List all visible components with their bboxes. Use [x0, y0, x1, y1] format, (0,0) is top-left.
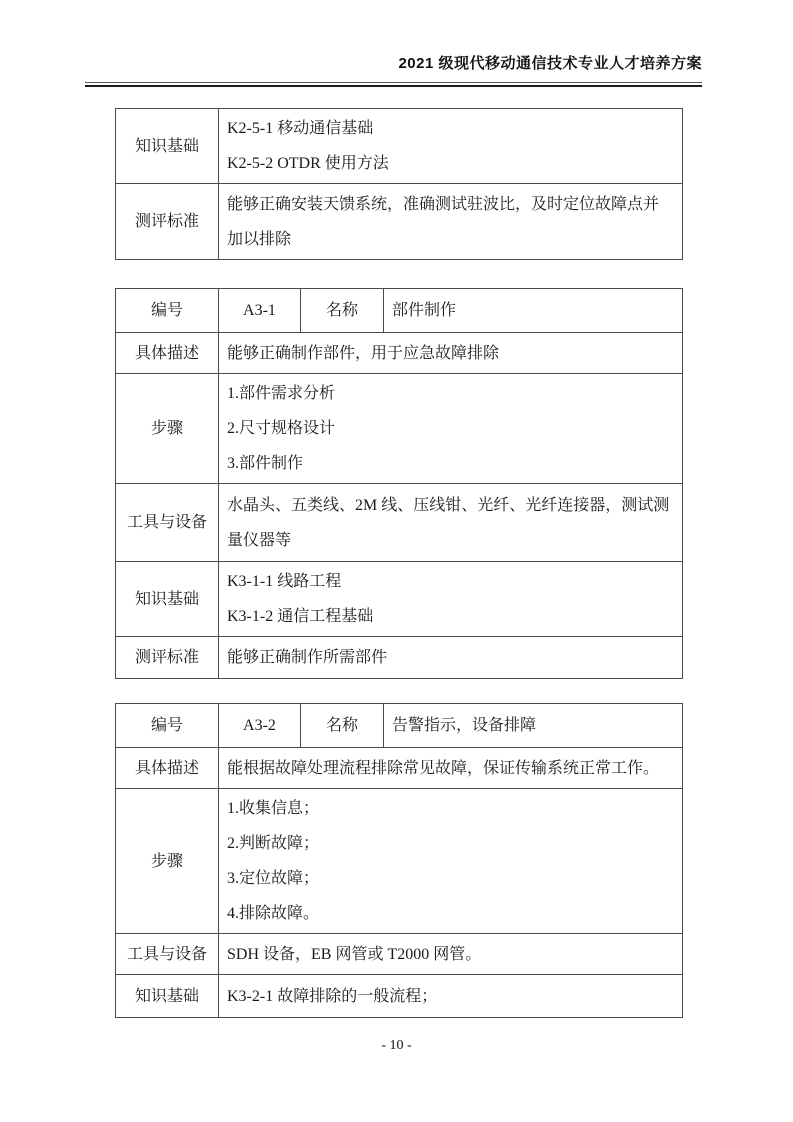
row-label-cell: 工具与设备 [116, 934, 219, 975]
row-label-cell: 知识基础 [116, 109, 219, 184]
table-row: 测评标准 能够正确安装天馈系统，准确测试驻波比，及时定位故障点并加以排除 [116, 184, 683, 260]
row-label-cell: 测评标准 [116, 637, 219, 679]
cell-line: 2.判断故障； [227, 826, 674, 861]
row-content-cell: K3-1-1 线路工程 K3-1-2 通信工程基础 [219, 562, 683, 637]
table-row: 具体描述 能根据故障处理流程排除常见故障，保证传输系统正常工作。 [116, 748, 683, 789]
cell-line: 1.收集信息； [227, 791, 674, 826]
row-content-cell: 能够正确制作所需部件 [219, 637, 683, 679]
page-number: - 10 - [0, 1038, 793, 1054]
cell-line: 1.部件需求分析 [227, 376, 674, 411]
table-row: 工具与设备 SDH 设备，EB 网管或 T2000 网管。 [116, 934, 683, 975]
table-row: 测评标准 能够正确制作所需部件 [116, 637, 683, 679]
table-row: 具体描述 能够正确制作部件，用于应急故障排除 [116, 333, 683, 374]
document-page: 2021 级现代移动通信技术专业人才培养方案 知识基础 K2-5-1 移动通信基… [0, 0, 793, 1122]
table-row: 编号 A3-2 名称 告警指示，设备排障 [116, 704, 683, 748]
table-row: 步骤 1.收集信息； 2.判断故障； 3.定位故障； 4.排除故障。 [116, 789, 683, 934]
cell-line: 4.排除故障。 [227, 896, 674, 931]
row-content-cell: 能根据故障处理流程排除常见故障，保证传输系统正常工作。 [219, 748, 683, 789]
table-row: 知识基础 K3-1-1 线路工程 K3-1-2 通信工程基础 [116, 562, 683, 637]
header-rule [85, 82, 702, 87]
row-content-cell: 能够正确制作部件，用于应急故障排除 [219, 333, 683, 374]
row-label-cell: 具体描述 [116, 333, 219, 374]
name-value-cell: 告警指示，设备排障 [384, 704, 683, 748]
table-row: 知识基础 K2-5-1 移动通信基础 K2-5-2 OTDR 使用方法 [116, 109, 683, 184]
table-row: 编号 A3-1 名称 部件制作 [116, 289, 683, 333]
cell-line: 能根据故障处理流程排除常见故障，保证传输系统正常工作。 [227, 751, 674, 786]
row-content-cell: K2-5-1 移动通信基础 K2-5-2 OTDR 使用方法 [219, 109, 683, 184]
cell-line: SDH 设备，EB 网管或 T2000 网管。 [227, 937, 674, 972]
table-row: 工具与设备 水晶头、五类线、2M 线、压线钳、光纤、光纤连接器，测试测量仪器等 [116, 484, 683, 562]
id-label-cell: 编号 [116, 704, 219, 748]
id-value-cell: A3-2 [219, 704, 301, 748]
name-label-cell: 名称 [301, 704, 384, 748]
cell-line: 2.尺寸规格设计 [227, 411, 674, 446]
cell-line: 3.定位故障； [227, 861, 674, 896]
name-value-cell: 部件制作 [384, 289, 683, 333]
row-content-cell: SDH 设备，EB 网管或 T2000 网管。 [219, 934, 683, 975]
row-label-cell: 步骤 [116, 789, 219, 934]
table-row: 知识基础 K3-2-1 故障排除的一般流程； [116, 975, 683, 1018]
cell-line: K2-5-2 OTDR 使用方法 [227, 146, 674, 181]
table-k2-5-continuation: 知识基础 K2-5-1 移动通信基础 K2-5-2 OTDR 使用方法 测评标准… [115, 108, 683, 260]
row-label-cell: 知识基础 [116, 562, 219, 637]
row-label-cell: 具体描述 [116, 748, 219, 789]
id-value-cell: A3-1 [219, 289, 301, 333]
cell-line: 水晶头、五类线、2M 线、压线钳、光纤、光纤连接器，测试测量仪器等 [227, 488, 674, 558]
cell-line: 能够正确制作部件，用于应急故障排除 [227, 336, 674, 371]
header-title: 2021 级现代移动通信技术专业人才培养方案 [398, 52, 702, 73]
cell-line: 3.部件制作 [227, 446, 674, 481]
table-a3-1: 编号 A3-1 名称 部件制作 具体描述 能够正确制作部件，用于应急故障排除 步… [115, 288, 683, 679]
row-content-cell: K3-2-1 故障排除的一般流程； [219, 975, 683, 1018]
cell-line: 能够正确安装天馈系统，准确测试驻波比，及时定位故障点并加以排除 [227, 187, 674, 257]
id-label-cell: 编号 [116, 289, 219, 333]
cell-line: K2-5-1 移动通信基础 [227, 111, 674, 146]
row-label-cell: 知识基础 [116, 975, 219, 1018]
row-label-cell: 步骤 [116, 374, 219, 484]
row-content-cell: 1.收集信息； 2.判断故障； 3.定位故障； 4.排除故障。 [219, 789, 683, 934]
cell-line: K3-1-2 通信工程基础 [227, 599, 674, 634]
row-label-cell: 测评标准 [116, 184, 219, 260]
cell-line: K3-2-1 故障排除的一般流程； [227, 979, 674, 1014]
row-content-cell: 能够正确安装天馈系统，准确测试驻波比，及时定位故障点并加以排除 [219, 184, 683, 260]
cell-line: K3-1-1 线路工程 [227, 564, 674, 599]
table-row: 步骤 1.部件需求分析 2.尺寸规格设计 3.部件制作 [116, 374, 683, 484]
row-content-cell: 1.部件需求分析 2.尺寸规格设计 3.部件制作 [219, 374, 683, 484]
table-a3-2: 编号 A3-2 名称 告警指示，设备排障 具体描述 能根据故障处理流程排除常见故… [115, 703, 683, 1018]
row-content-cell: 水晶头、五类线、2M 线、压线钳、光纤、光纤连接器，测试测量仪器等 [219, 484, 683, 562]
name-label-cell: 名称 [301, 289, 384, 333]
cell-line: 能够正确制作所需部件 [227, 640, 674, 675]
row-label-cell: 工具与设备 [116, 484, 219, 562]
